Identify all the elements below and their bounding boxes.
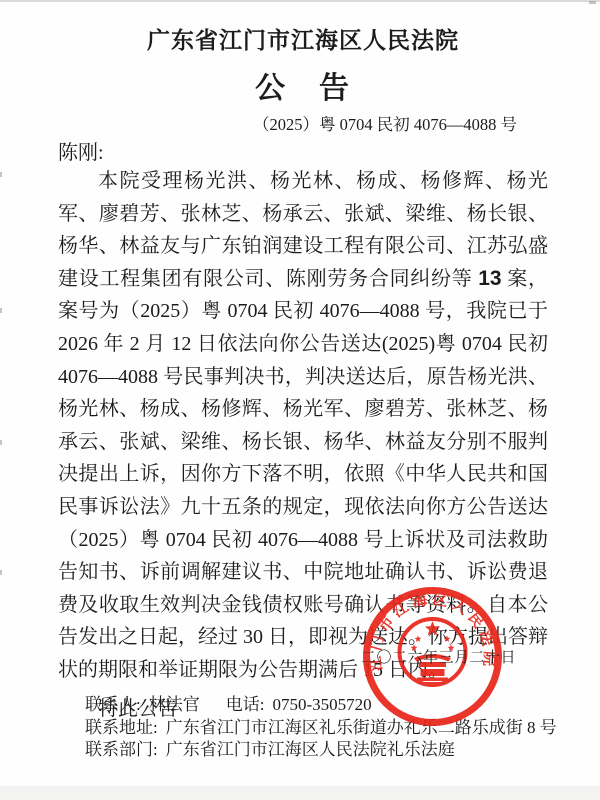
contact-phone-label: 电话: (226, 695, 265, 714)
contact-person-value: 林法官 (149, 695, 200, 714)
scan-artifact (0, 570, 2, 575)
notice-title: 公 告 (58, 70, 548, 108)
contact-phone-value: 0750-3505720 (272, 695, 371, 714)
scan-artifact (0, 0, 600, 2)
case-number: （2025）粤 0704 民初 4076—4088 号 (58, 114, 548, 136)
issue-date: 二〇二六年三月二十日 (361, 649, 531, 667)
addressee: 陈刚: (58, 141, 548, 165)
contact-department-label: 联系部门: (85, 740, 158, 759)
court-notice-page: 广东省江门市江海区人民法院 公 告 （2025）粤 0704 民初 4076—4… (0, 0, 600, 800)
scan-artifact (589, 1, 596, 4)
contact-department-line: 联系部门:广东省江门市江海区人民法院礼乐法庭 (85, 739, 557, 762)
scan-artifact (0, 440, 2, 445)
scan-artifact (0, 786, 600, 800)
contact-department-value: 广东省江门市江海区人民法院礼乐法庭 (166, 740, 455, 759)
court-name-heading: 广东省江门市江海区人民法院 (58, 26, 548, 56)
contact-address-label: 联系地址: (85, 718, 158, 737)
scan-artifact (0, 308, 2, 313)
contact-person-label: 联系人: (85, 695, 141, 714)
scan-artifact (0, 172, 2, 177)
